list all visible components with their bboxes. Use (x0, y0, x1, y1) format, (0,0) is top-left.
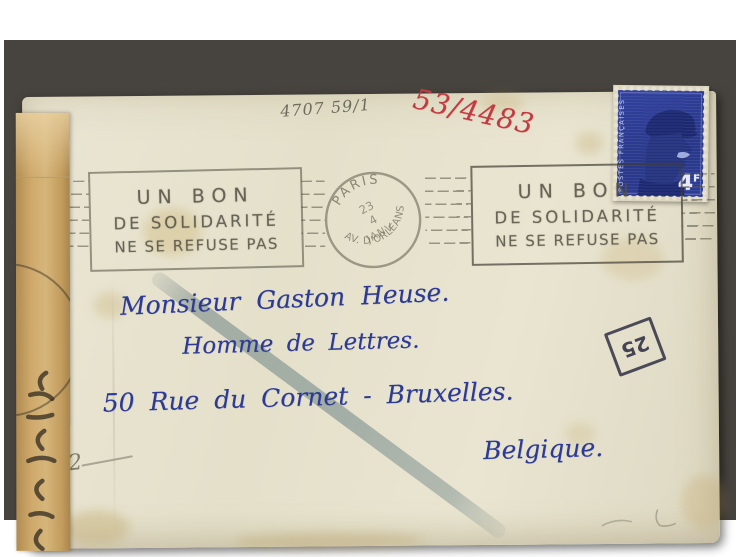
boxed-25-mark: 25 (604, 316, 667, 377)
slogan-cancel-box-right: UN BON DE SOLIDARITÉ NE SE REFUSE PAS (470, 163, 684, 266)
slogan-line: DE SOLIDARITÉ (113, 210, 279, 233)
cancel-wavy-lines (681, 173, 716, 249)
cds-postmark: PARIS AV. D'ORLEANS 23 4 JANV (305, 152, 441, 288)
stain (64, 510, 130, 545)
censor-tape (16, 113, 71, 551)
slogan-line: NE SE REFUSE PAS (114, 234, 279, 256)
stamp-perforation (613, 85, 709, 93)
cancel-wavy-lines (425, 177, 472, 253)
boxed-25-number: 25 (618, 331, 652, 363)
address-line: Belgique. (483, 433, 604, 465)
photo-backdrop: POSTES FRANÇAISES 4F UN BON DE SOLIDARIT… (4, 40, 736, 520)
slogan-line: UN BON (136, 184, 254, 209)
censor-tape-fold (16, 113, 70, 178)
pencil-scuff-marks (592, 499, 712, 536)
slogan-line: UN BON (518, 179, 636, 203)
censor-tape-markings (16, 365, 70, 551)
pencil-lot-number: 4707 59/1 (280, 95, 372, 121)
envelope: POSTES FRANÇAISES 4F UN BON DE SOLIDARIT… (22, 91, 720, 549)
address-line: 50 Rue du Cornet - Bruxelles. (102, 376, 513, 417)
slogan-line: NE SE REFUSE PAS (495, 229, 660, 250)
slogan-line: DE SOLIDARITÉ (494, 205, 660, 227)
slogan-cancel-box-left: UN BON DE SOLIDARITÉ NE SE REFUSE PAS (88, 167, 304, 272)
cds-center-line: 4 (367, 212, 380, 228)
stain (234, 532, 424, 550)
address-line: Homme de Lettres. (182, 328, 420, 360)
stain (575, 132, 603, 154)
red-crayon-number: 53/4483 (410, 82, 538, 141)
photo-page: POSTES FRANÇAISES 4F UN BON DE SOLIDARIT… (0, 0, 740, 557)
